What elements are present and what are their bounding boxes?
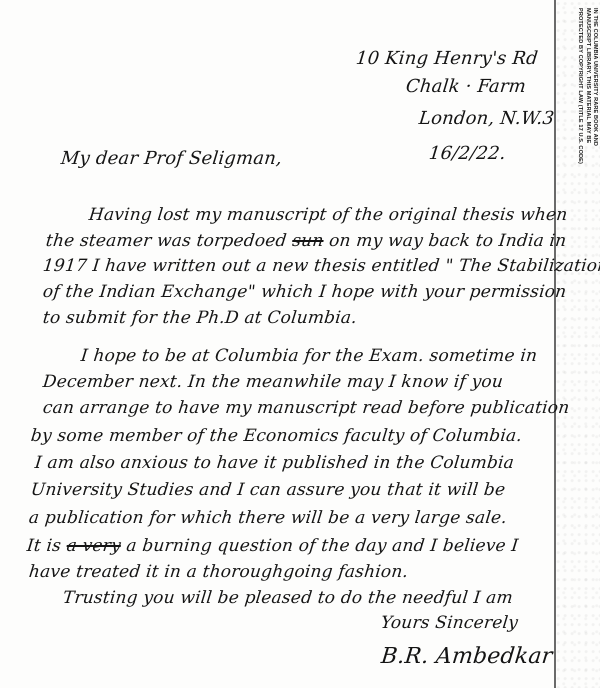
- scanned-letter-page: THIS IS A COPY OF ORIGINAL MATERIAL IN T…: [0, 0, 600, 688]
- archive-copyright-notice: THIS IS A COPY OF ORIGINAL MATERIAL IN T…: [548, 8, 600, 148]
- body-line: 1917 I have written out a new thesis ent…: [42, 258, 600, 275]
- closing: Yours Sincerely: [380, 615, 519, 632]
- address-line-area: Chalk · Farm: [405, 78, 527, 96]
- body-line: It is a very a burning question of the d…: [26, 538, 519, 555]
- letter-date: 16/2/22.: [428, 145, 507, 163]
- body-line: Having lost my manuscript of the origina…: [88, 207, 568, 224]
- body-line: can arrange to have my manuscript read b…: [42, 400, 570, 417]
- body-line: have treated it in a thoroughgoing fashi…: [28, 564, 409, 581]
- body-line: of the Indian Exchange" which I hope wit…: [42, 284, 567, 301]
- signature: B.R. Ambedkar: [380, 646, 554, 668]
- body-line: the steamer was torpedoed sun on my way …: [45, 233, 567, 250]
- body-line: University Studies and I can assure you …: [30, 482, 506, 499]
- archive-notice-line: MANUSCRIPT LIBRARY. THIS MATERIAL MAY BE: [584, 8, 592, 164]
- archive-notice-line: IN THE COLUMBIA UNIVERSITY RARE BOOK AND: [591, 8, 599, 164]
- body-line: to submit for the Ph.D at Columbia.: [42, 310, 358, 327]
- body-line: a publication for which there will be a …: [28, 510, 508, 527]
- body-line: I hope to be at Columbia for the Exam. s…: [80, 348, 538, 365]
- salutation: My dear Prof Seligman,: [60, 150, 283, 168]
- struck-out-word: a very: [66, 536, 122, 556]
- body-line: Trusting you will be pleased to do the n…: [62, 590, 514, 607]
- body-line: I am also anxious to have it published i…: [34, 455, 515, 472]
- body-line: by some member of the Economics faculty …: [30, 428, 523, 445]
- struck-out-word: sun: [291, 231, 324, 251]
- archive-notice-line: PROTECTED BY COPYRIGHT LAW (TITLE 17 U.S…: [576, 8, 584, 164]
- address-line-street: 10 King Henry's Rd: [355, 50, 539, 68]
- body-line: December next. In the meanwhile may I kn…: [42, 374, 504, 391]
- address-line-city: London, N.W.3: [418, 110, 555, 128]
